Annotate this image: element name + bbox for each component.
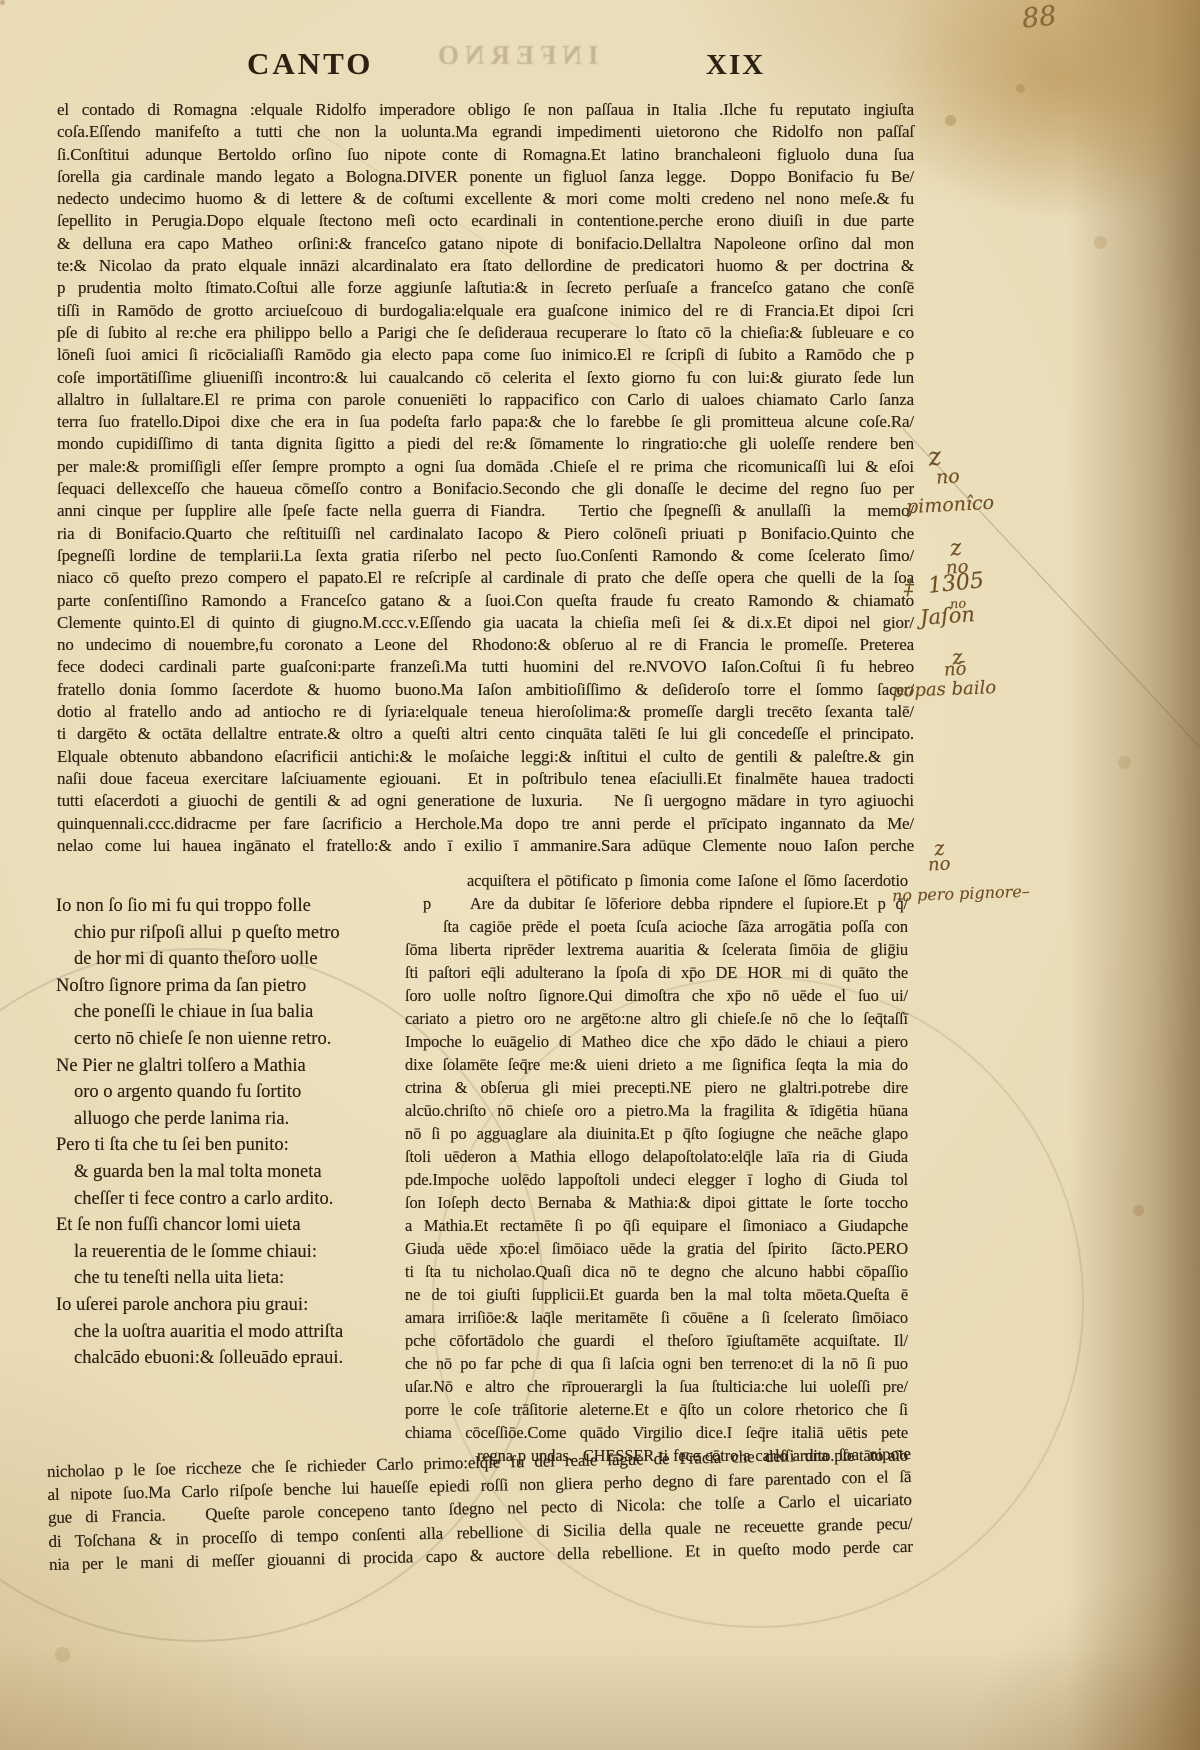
margin-note: popas bailo (892, 677, 997, 702)
incunabulum-page: { "page": { "folio_number": "88", "heade… (0, 0, 1200, 1750)
margin-note: no (935, 465, 960, 489)
margin-note: 1305 (927, 568, 985, 599)
margin-note: Jaſon (919, 602, 975, 630)
margin-note: no (927, 853, 951, 876)
margin-note: pimonîco (905, 492, 994, 519)
marginalia-layer: znopimonîcozno‡1305noJaſonznōpopas bailo… (0, 0, 1200, 1750)
margin-note: ‡ (904, 575, 914, 599)
margin-note: no pero pignore– (892, 882, 1030, 906)
